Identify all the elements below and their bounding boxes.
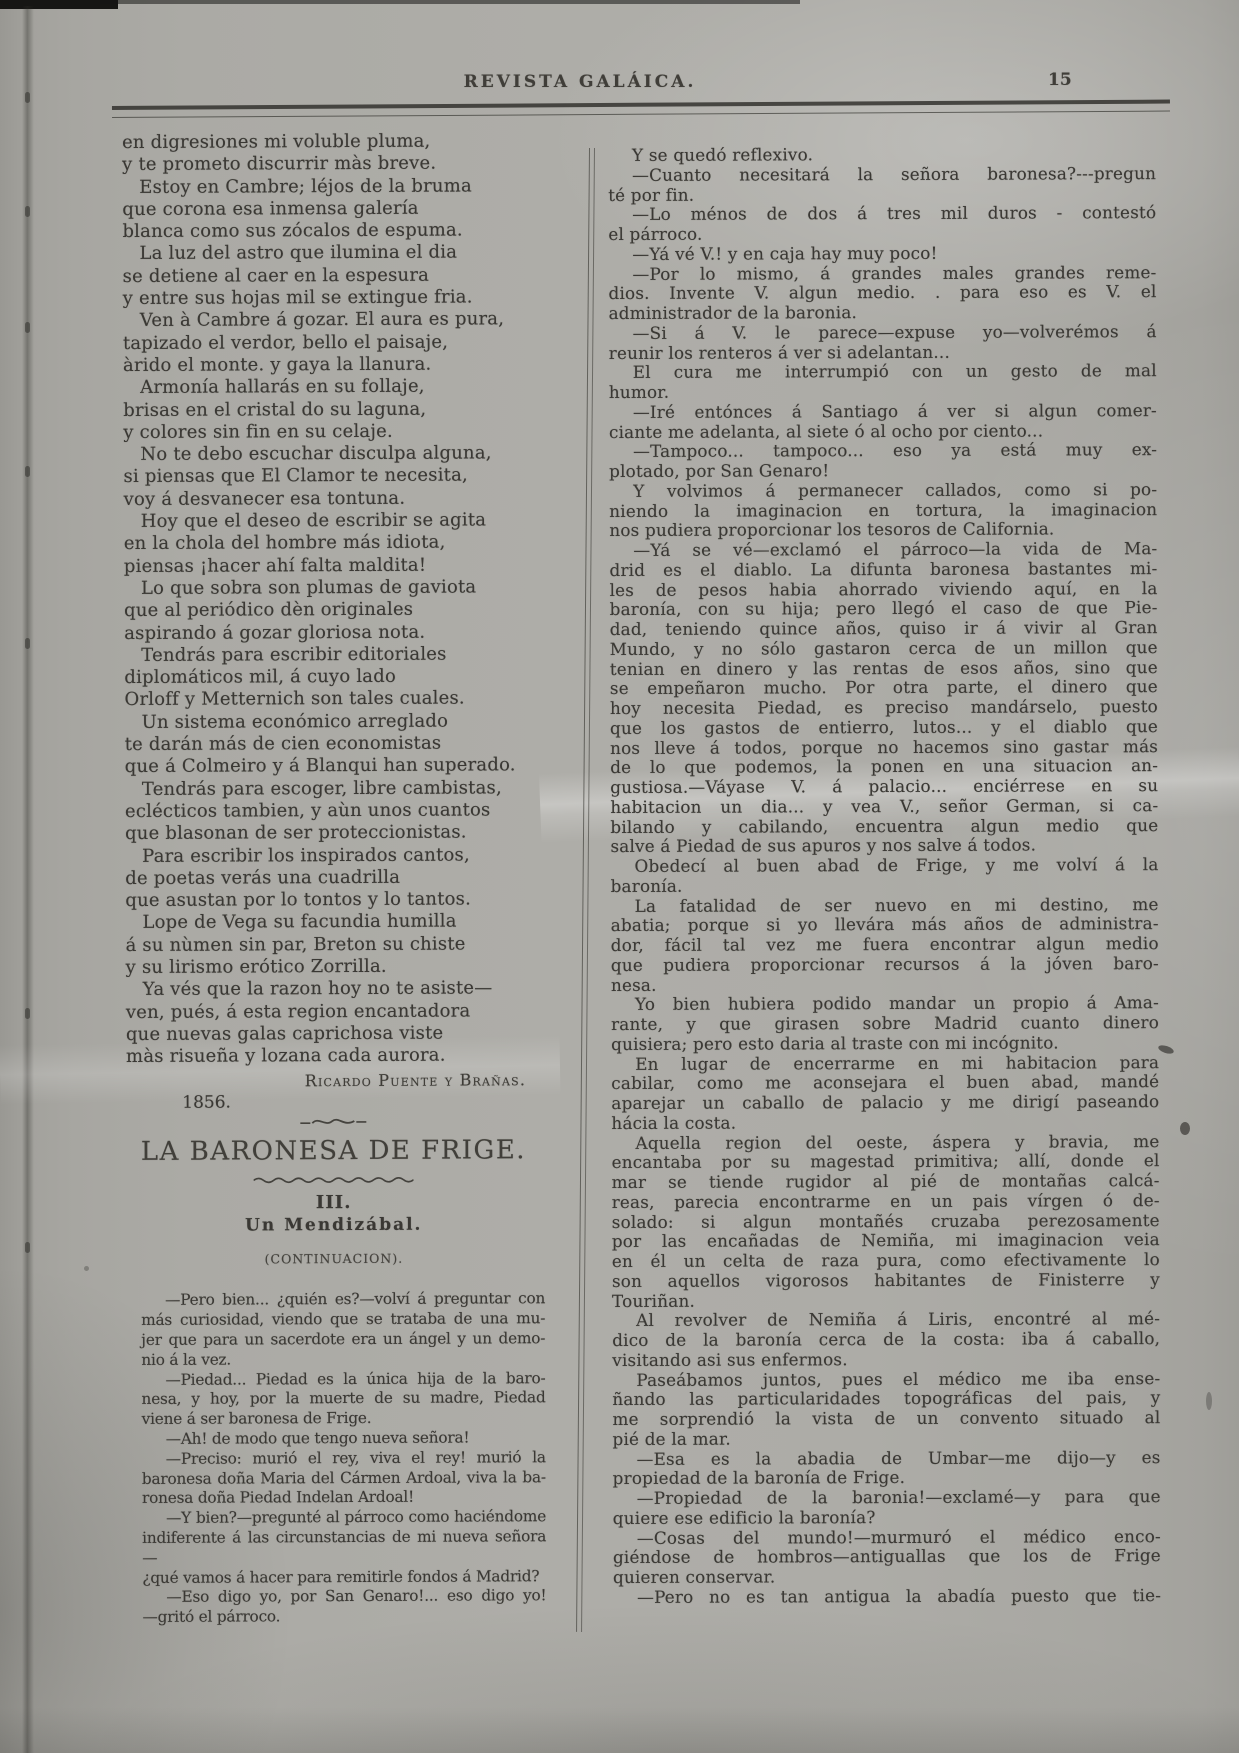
ink-speck	[1206, 1392, 1212, 1410]
page-number: 15	[1048, 70, 1098, 90]
text-line: Para escribir los inspirados cantos,	[125, 844, 521, 868]
right-column: Y se quedó reflexivo.—Cuanto necesitará …	[608, 144, 1161, 1607]
binding-stitch-mark	[25, 1008, 30, 1019]
author-signature: Ricardo Puente y Brañas.	[126, 1071, 540, 1092]
text-line: más curiosidad, viendo que se trataba de…	[141, 1309, 545, 1331]
text-line: blanca como sus zócalos de espuma.	[122, 219, 518, 243]
text-line: —Ah! de modo que tengo nueva señora!	[142, 1428, 546, 1450]
text-line: tapizado el verdor, bello el paisaje,	[123, 331, 519, 355]
text-line: que al periódico dèn originales	[124, 599, 520, 623]
text-line: Tendrás para escoger, libre cambistas,	[125, 777, 521, 801]
text-line: baronesa doña Maria del Cármen Ardoal, v…	[142, 1468, 546, 1490]
text-line: Lope de Vega su facundia humilla	[125, 911, 521, 935]
left-column: en digresiones mi voluble pluma,y te pro…	[122, 130, 543, 1628]
text-line: reas, parecia encontrarme en un pais vír…	[612, 1191, 1160, 1213]
text-line: —Eso digo yo, por San Genaro!... eso dig…	[142, 1587, 546, 1609]
text-line: drid es el diablo. La difunta baronesa b…	[609, 559, 1157, 581]
text-line: —Esa es la abadia de Umbar—me dijo—y es	[613, 1448, 1161, 1470]
text-line: —Yá vé V.! y en caja hay muy poco!	[608, 243, 1156, 265]
squiggle-divider-icon	[126, 1114, 540, 1132]
ink-speck	[1157, 1044, 1174, 1056]
text-line: dico de la baronía cerca de la costa: ib…	[612, 1329, 1160, 1351]
text-line: —Y bien?—pregunté al párroco como hacién…	[142, 1507, 546, 1529]
text-line: —Si á V. le parece—expuse yo—volverémos …	[609, 322, 1157, 344]
text-line: indiferente á las circunstancias de mi n…	[142, 1527, 546, 1568]
text-line: màs risueña y lozana cada aurora.	[126, 1044, 522, 1068]
text-line: voy á desvanecer esa tontuna.	[124, 487, 520, 511]
text-line: —Lo ménos de dos á tres mil duros - cont…	[608, 203, 1156, 225]
text-line: —Pero bien... ¿quién es?—volví á pregunt…	[141, 1290, 545, 1312]
text-line: brisas en el cristal do su laguna,	[123, 398, 519, 422]
text-line: aparejar un caballo de palacio y me diri…	[611, 1092, 1159, 1114]
ink-speck	[1180, 1122, 1190, 1135]
poem-date: 1856.	[126, 1092, 540, 1114]
text-line: que los gastos de entierro, lutos... y e…	[610, 717, 1158, 739]
text-line: en la chola del hombre más idiota,	[124, 532, 520, 556]
text-line: que blasonan de ser proteccionistas.	[125, 821, 521, 845]
text-line: visitando asi sus enfermos.	[612, 1349, 1160, 1371]
text-line: Y volvimos á permanecer callados, como s…	[609, 480, 1157, 502]
continuation-note: (CONTINUACION).	[127, 1251, 541, 1268]
text-line: —Propiedad de la baronia!—exclamé—y para…	[613, 1487, 1161, 1509]
text-line: Armonía hallarás en su follaje,	[123, 376, 519, 400]
text-line: —Pero no es tan antigua la abadía puesto…	[613, 1586, 1161, 1608]
text-line: viene á ser baronesa de Frige.	[142, 1408, 546, 1430]
section-title: LA BARONESA DE FRIGE.	[126, 1136, 540, 1168]
text-line: pié de la mar.	[612, 1428, 1160, 1450]
text-line: Ya vés que la razon hoy no te asiste—	[126, 978, 522, 1002]
text-line: Tendrás para escribir editoriales	[124, 643, 520, 667]
text-line: quisiera; pero esto daria al traste con …	[611, 1033, 1159, 1055]
scan-edge-artifact	[100, 0, 800, 4]
text-line: de poetas verás una cuadrilla	[125, 866, 521, 890]
text-line: baronía.	[611, 875, 1159, 897]
text-line: que corona esa inmensa galería	[122, 197, 518, 221]
binding-stitch-mark	[25, 638, 30, 649]
binding-stitch-mark	[25, 92, 30, 103]
text-line: Mundo, y no sólo gastaron cerca de un mi…	[610, 638, 1158, 660]
text-line: nesa, y hoy, por la muerte de su madre, …	[141, 1389, 545, 1411]
text-line: que pudiera proporcionar recursos á la j…	[611, 954, 1159, 976]
text-line: No te debo escuchar disculpa alguna,	[123, 442, 519, 466]
text-line: me sorprendió la vista de un convento si…	[612, 1408, 1160, 1430]
text-line: Obedecí al buen abad de Frige, y me volv…	[610, 855, 1158, 877]
text-line: jer que para un sacerdote era un ángel y…	[141, 1329, 545, 1351]
text-line: ven, pués, á esta region encantadora	[126, 1000, 522, 1024]
page-shadow	[0, 1707, 1239, 1753]
header-rule	[112, 100, 1170, 118]
text-line: bilando y cabilando, encuentra algun med…	[610, 816, 1158, 838]
text-line: que asustan por lo tontos y lo tantos.	[125, 888, 521, 912]
ink-speck	[84, 1266, 89, 1271]
text-line: y colores sin fin en su celaje.	[123, 420, 519, 444]
scanned-page: REVISTA GALÁICA. 15 en digresiones mi vo…	[0, 0, 1239, 1753]
text-line: giéndose de hombros—antiguallas que los …	[613, 1546, 1161, 1568]
text-line: en digresiones mi voluble pluma,	[122, 130, 518, 154]
chapter-number: III.	[127, 1192, 541, 1215]
text-line: piensas ¡hacer ahí falta maldita!	[124, 554, 520, 578]
text-line: —Iré entónces á Santiago á ver si algun …	[609, 401, 1157, 423]
binding-stitch-mark	[25, 1242, 30, 1253]
text-line: y te prometo discurrir màs breve.	[122, 153, 518, 177]
text-line: se detiene al caer en la espesura	[123, 264, 519, 288]
text-line: Orloff y Metternich son tales cuales.	[124, 688, 520, 712]
text-line: —Piedad... Piedad es la única hija de la…	[141, 1369, 545, 1391]
text-line: diplomáticos mil, á cuyo lado	[124, 665, 520, 689]
text-line: habitacion un dia... y vea V., señor Ger…	[610, 796, 1158, 818]
text-line: y su lirismo erótico Zorrilla.	[126, 955, 522, 979]
text-line: dios. Invente V. algun medio. . para eso…	[608, 282, 1156, 304]
text-line: te darán más de cien economistas	[125, 732, 521, 756]
left-prose: —Pero bien... ¿quién es?—volví á pregunt…	[141, 1290, 546, 1628]
title-underline-rule	[127, 1170, 541, 1184]
binding-stitch-mark	[25, 322, 30, 333]
journal-title: REVISTA GALÁICA.	[380, 72, 780, 92]
text-line: àrido el monte. y gaya la llanura.	[123, 353, 519, 377]
text-line: Estoy en Cambre; léjos de la bruma	[122, 175, 518, 199]
text-line: quiere ese edificio la baronía?	[613, 1507, 1161, 1529]
text-line: —Cuanto necesitará la señora baronesa?--…	[608, 164, 1156, 186]
text-line: Un sistema económico arreglado	[125, 710, 521, 734]
chapter-title: Un Mendizábal.	[127, 1215, 541, 1237]
text-line: el párroco.	[608, 223, 1156, 245]
text-line: ¿qué vamos á hacer para remitirle fondos…	[142, 1567, 546, 1589]
text-line: Lo que sobra son plumas de gaviota	[124, 576, 520, 600]
text-line: niendo la imaginacion en tortura, la ima…	[609, 500, 1157, 522]
text-line: El cura me interrumpió con un gesto de m…	[609, 361, 1157, 383]
text-line: ronesa doña Piedad Indelan Ardoal!	[142, 1488, 546, 1510]
text-line: son aquellos vigorosos habitantes de Fin…	[612, 1270, 1160, 1292]
text-line: Hoy que el deseo de escribir se agita	[124, 509, 520, 533]
text-line: si piensas que El Clamor te necesita,	[123, 465, 519, 489]
text-line: hácia la costa.	[611, 1112, 1159, 1134]
text-line: aspirando á gozar gloriosa nota.	[124, 621, 520, 645]
text-line: —Preciso: murió el rey, viva el rey! mur…	[142, 1448, 546, 1470]
poem-continuation: en digresiones mi voluble pluma,y te pro…	[122, 130, 522, 1068]
binding-gutter	[22, 6, 34, 1753]
text-line: eclécticos tambien, y aùn unos cuantos	[125, 799, 521, 823]
text-line: que nuevas galas caprichosa viste	[126, 1022, 522, 1046]
text-line: nio á la vez.	[141, 1349, 545, 1371]
binding-stitch-mark	[25, 206, 30, 217]
text-line: á su nùmen sin par, Breton su chiste	[126, 933, 522, 957]
column-divider-rule	[576, 148, 595, 1632]
text-line: —gritó el párroco.	[142, 1606, 546, 1628]
text-line: que á Colmeiro y á Blanqui han superado.	[125, 755, 521, 779]
binding-stitch-mark	[25, 466, 30, 477]
text-line: rante, y que girasen sobre Madrid cuanto…	[611, 1013, 1159, 1035]
text-line: —Tampoco... tampoco... eso ya está muy e…	[609, 440, 1157, 462]
text-line: y entre sus hojas mil se extingue fria.	[123, 286, 519, 310]
text-line: La luz del astro que ilumina el dia	[122, 242, 518, 266]
text-line: Ven à Cambre á gozar. El aura es pura,	[123, 309, 519, 333]
